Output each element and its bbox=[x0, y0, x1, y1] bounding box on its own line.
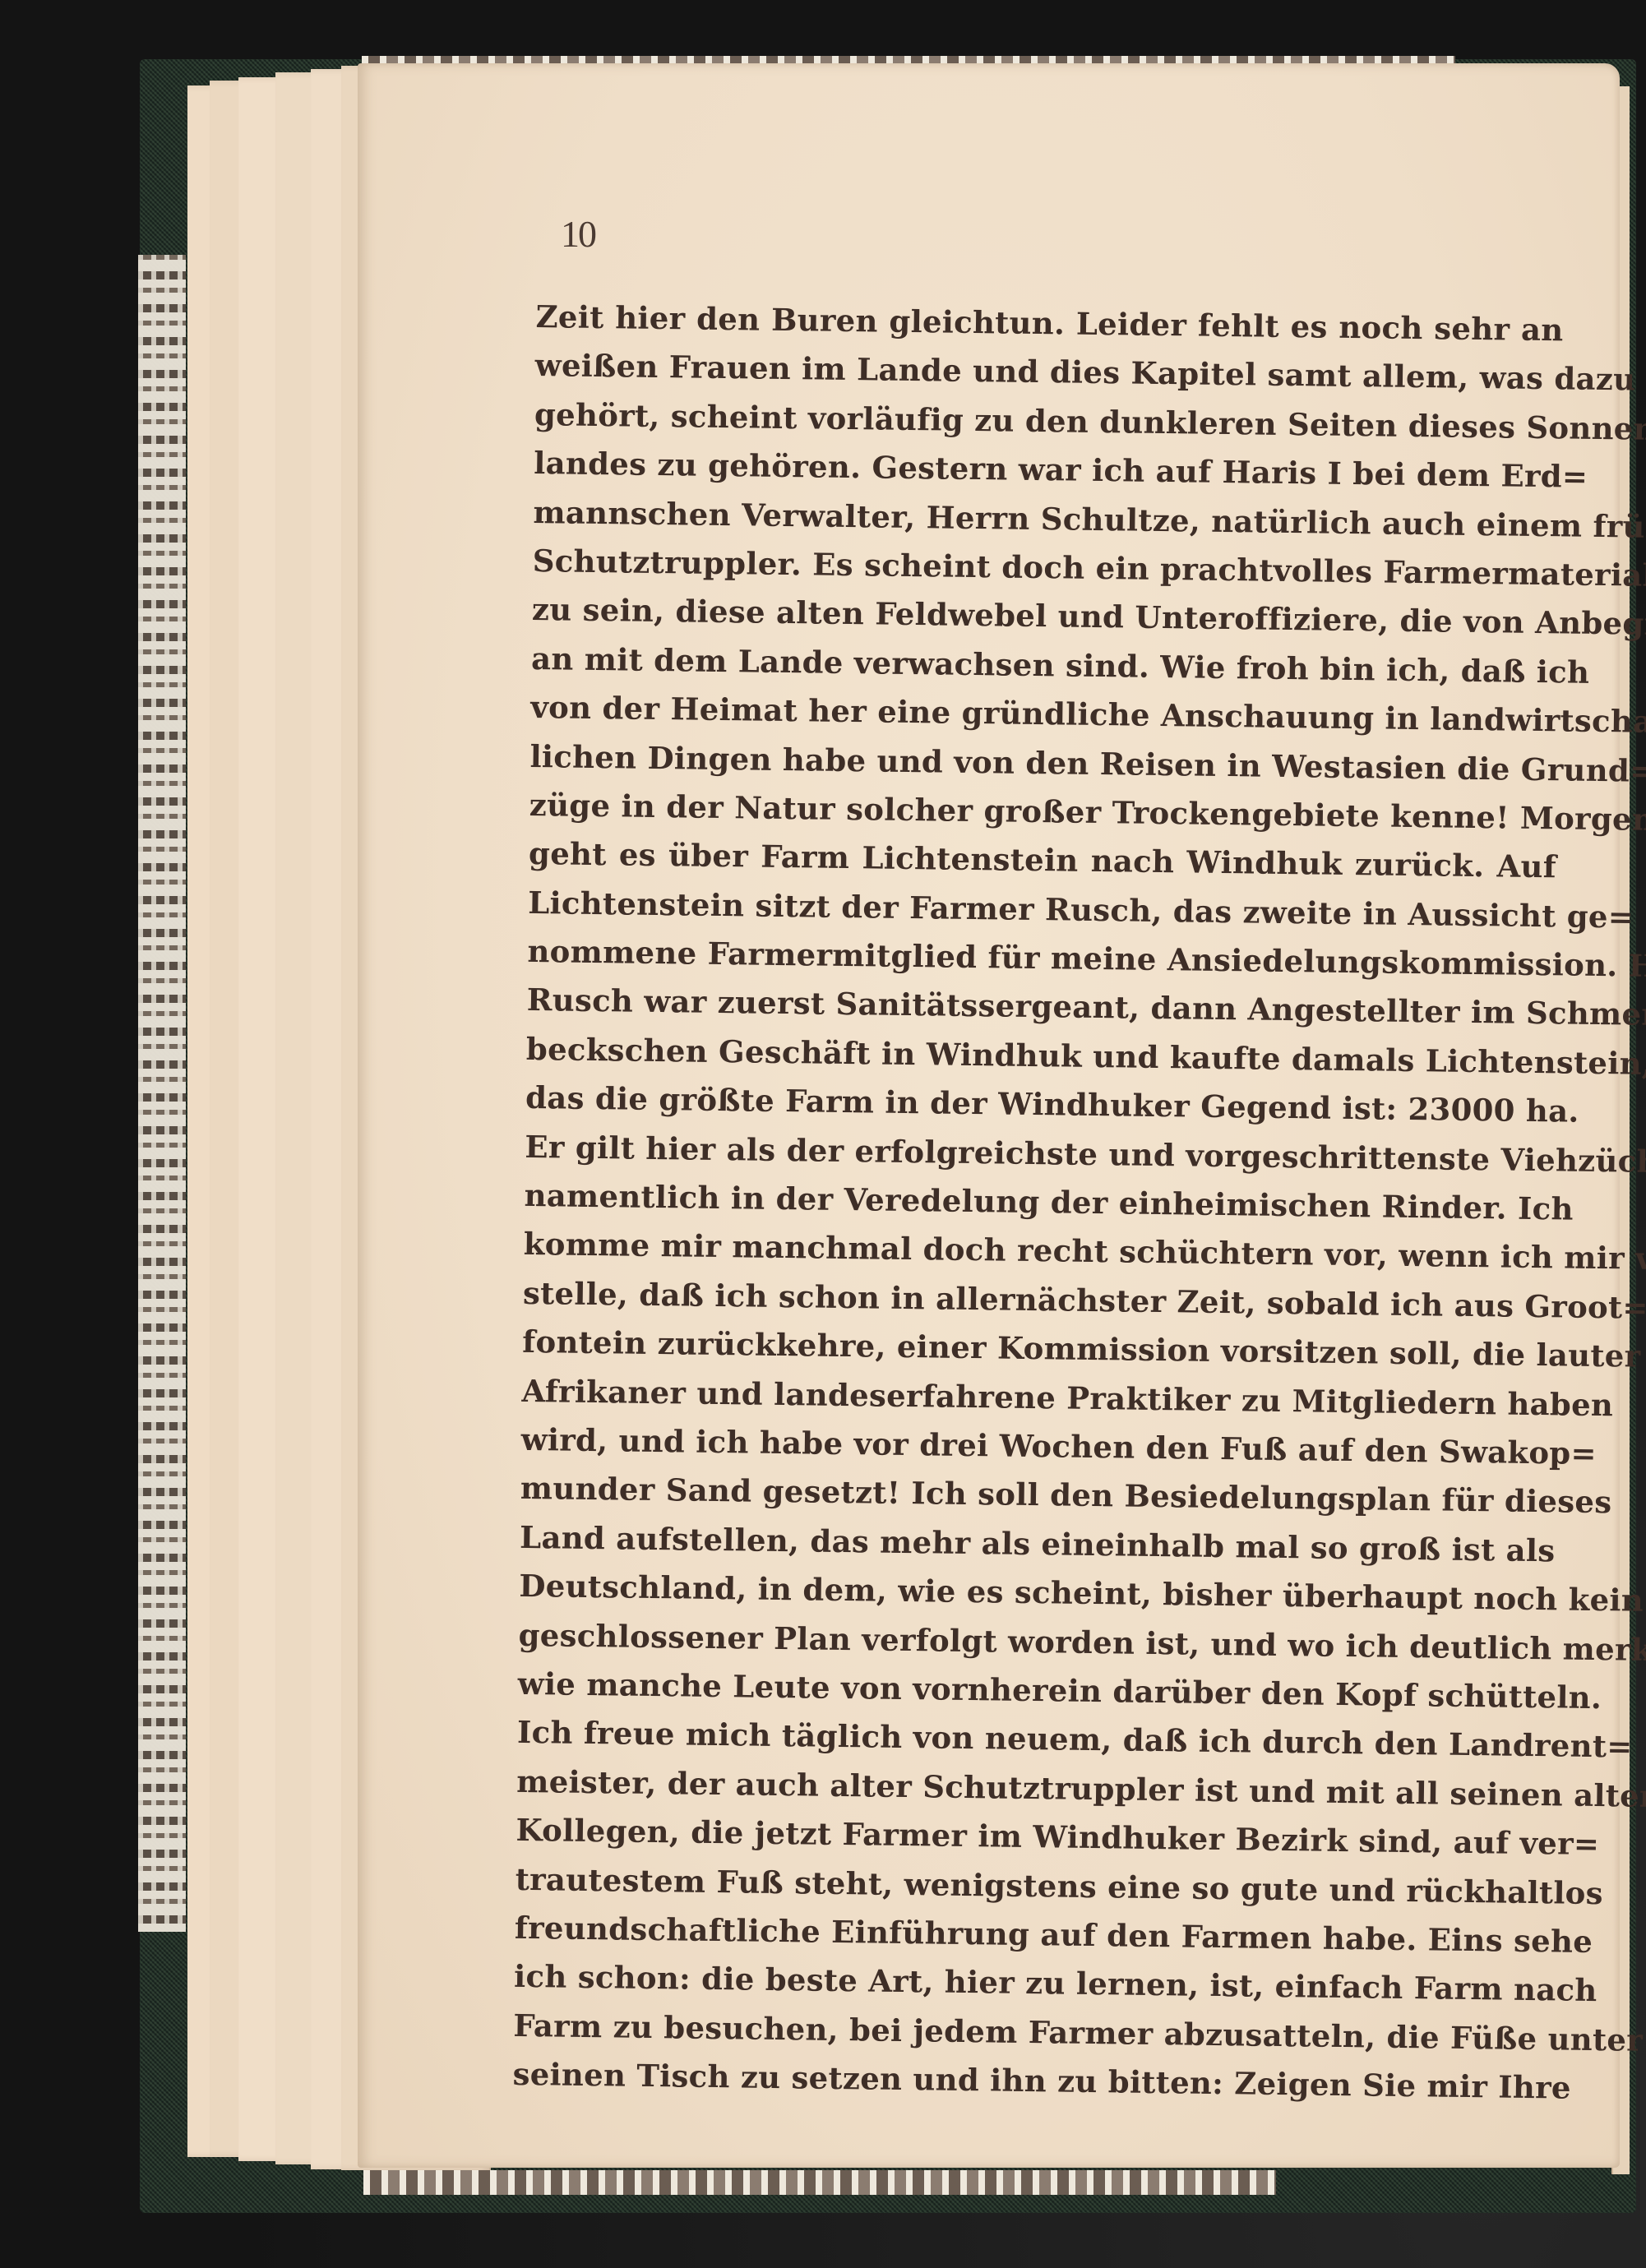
marbled-endpaper bbox=[138, 255, 186, 1932]
body-text: Zeit hier den Buren gleichtun. Leider fe… bbox=[512, 293, 1564, 2113]
marbled-bottom-edge bbox=[363, 2170, 1276, 2195]
page-number: 10 bbox=[561, 212, 595, 256]
